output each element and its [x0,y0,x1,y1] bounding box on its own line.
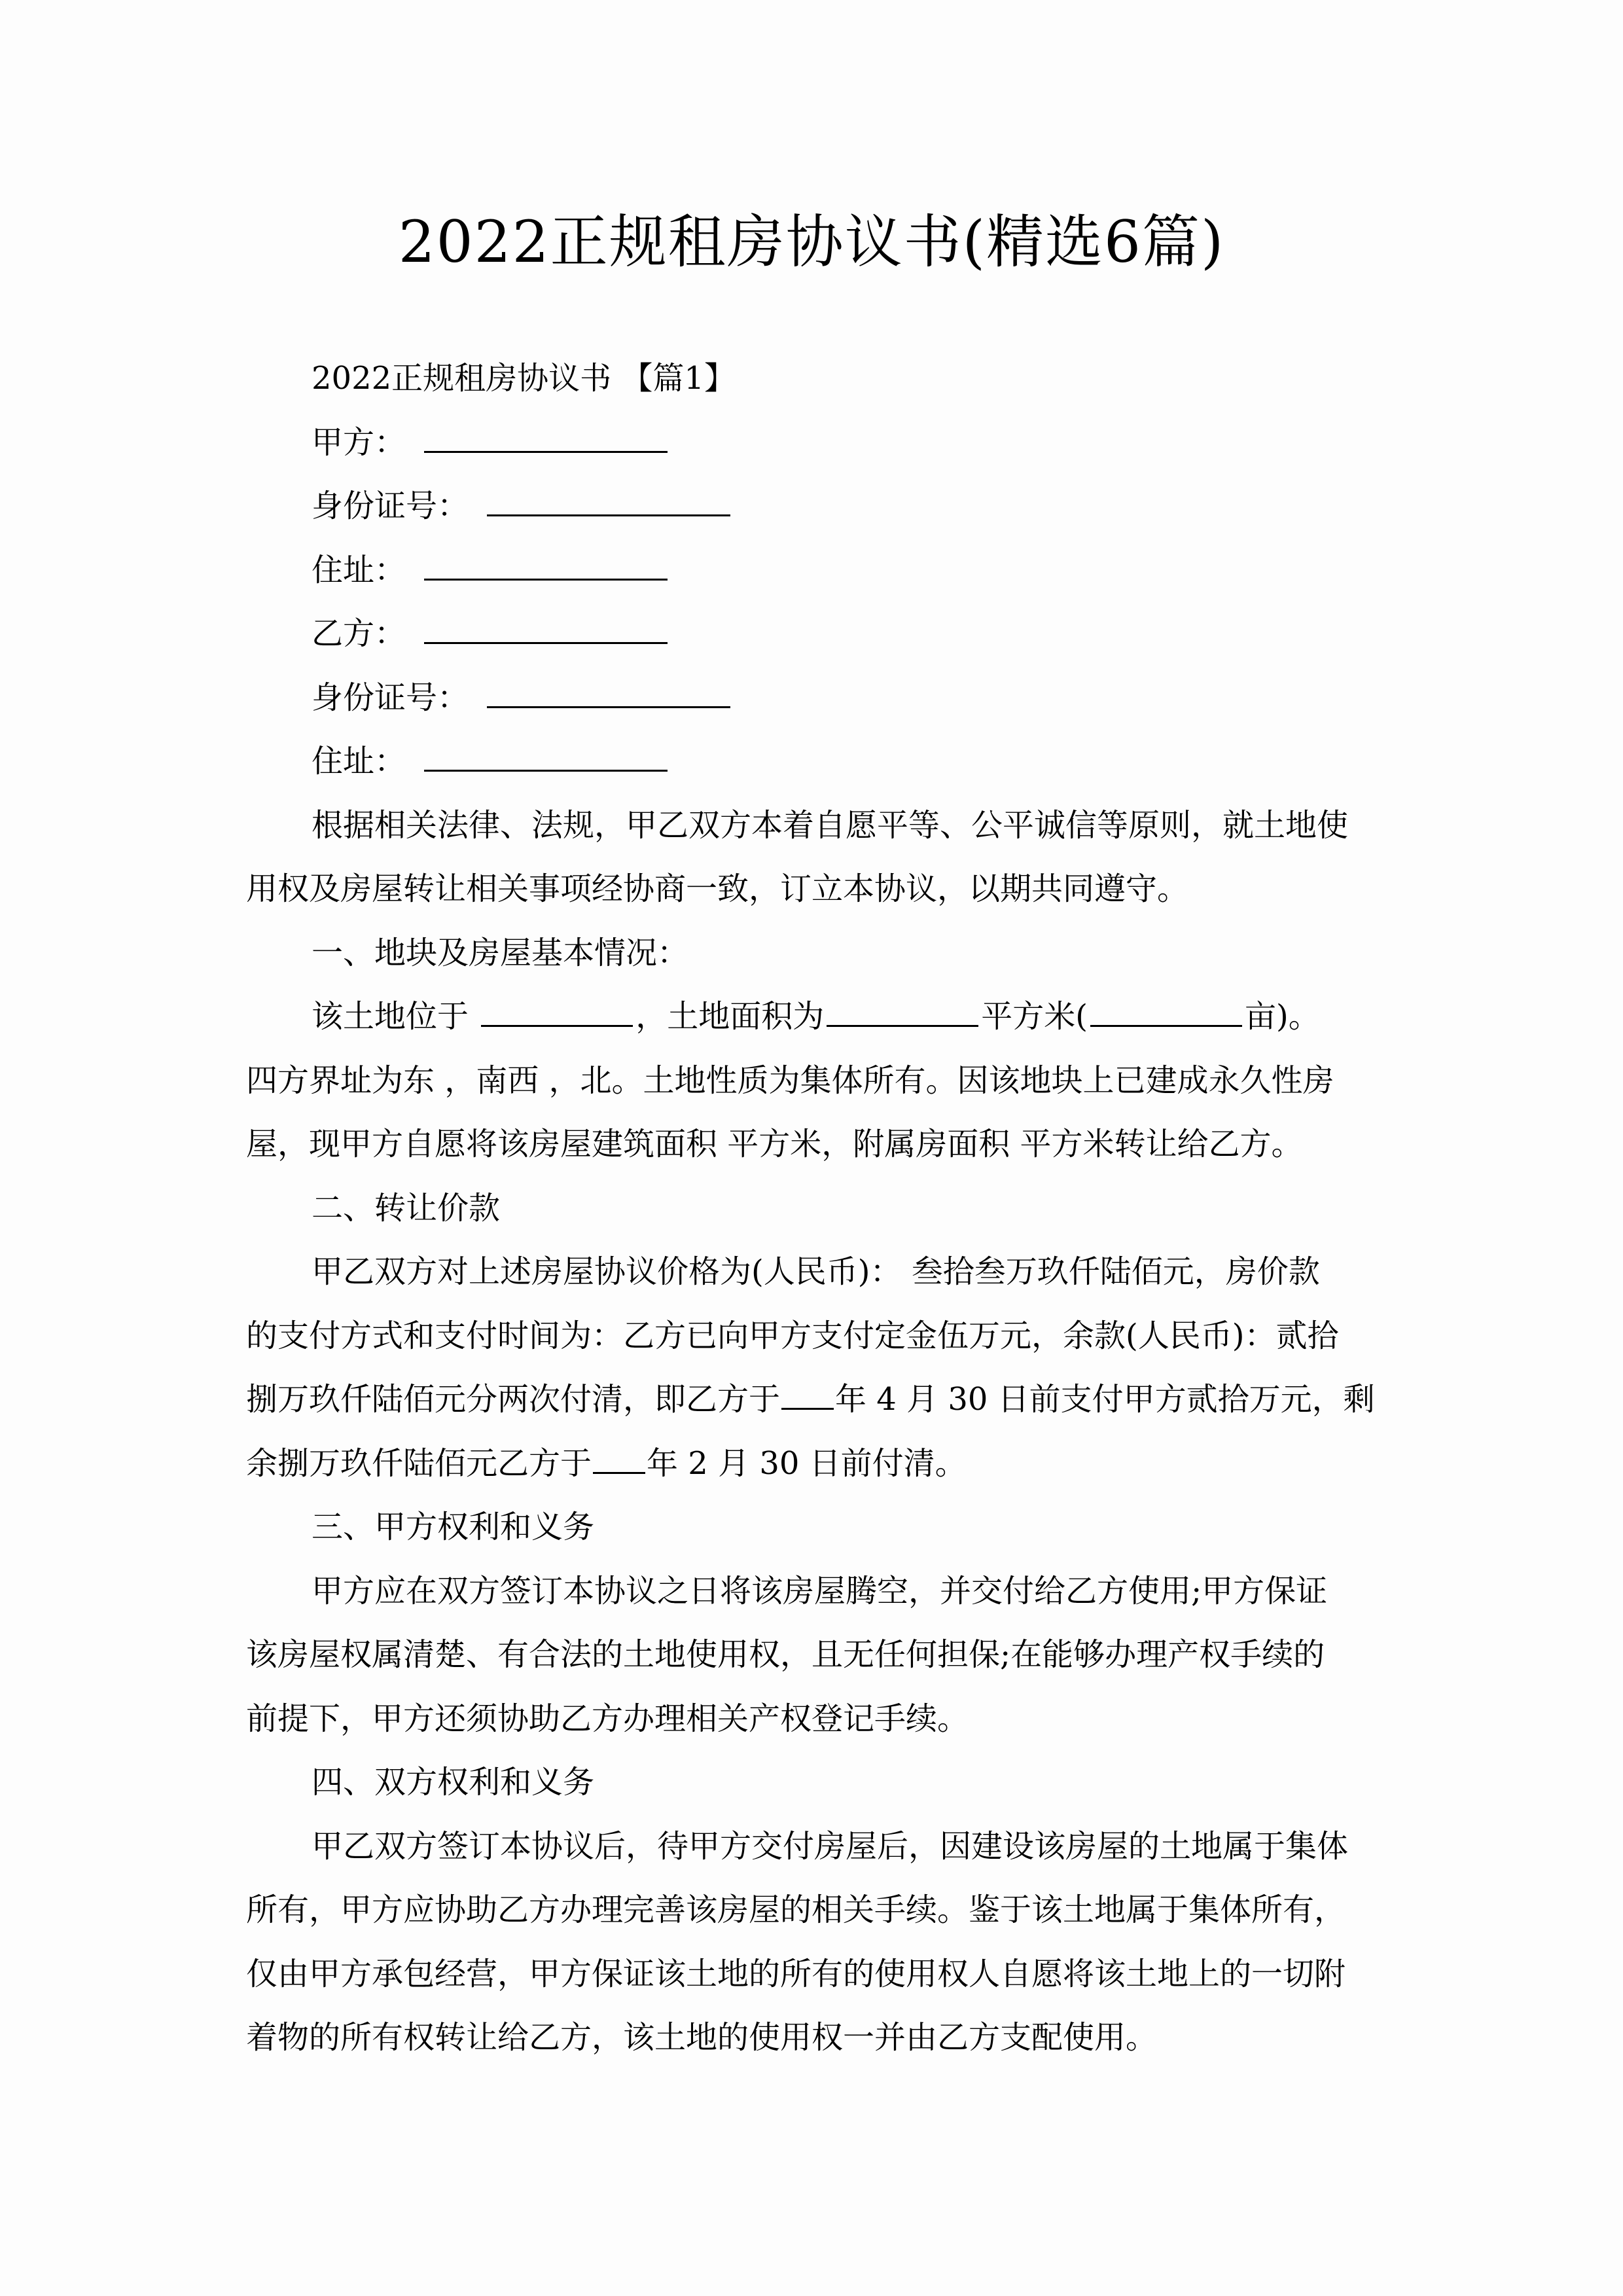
area-sqm-blank [827,996,978,1027]
clause1-text-sqm: 平方米( [981,998,1088,1035]
party-b-address-field: 住址： [246,730,1377,794]
party-a-id-blank [487,486,730,516]
clause2-line-1: 甲乙双方对上述房屋协议价格为(人民币)： 叁拾叁万玖仟陆佰元，房价款 [246,1240,1377,1304]
party-b-id-blank [487,677,730,708]
preamble-line-1: 根据相关法律、法规，甲乙双方本着自愿平等、公平诚信等原则，就土地使 [246,794,1377,858]
clause4-line-4: 着物的所有权转让给乙方，该土地的使用权一并由乙方支配使用。 [246,2006,1377,2070]
clause1-text-location: 该土地位于 [312,998,478,1035]
party-a-address-label: 住址： [312,552,406,588]
clause2-text-a: 捌万玖仟陆佰元分两次付清，即乙方于 [246,1381,780,1418]
clause1-text-area: ，土地面积为 [635,998,824,1035]
clause4-line-1: 甲乙双方签订本协议后，待甲方交付房屋后，因建设该房屋的土地属于集体 [246,1815,1377,1879]
document-title: 2022正规租房协议书(精选6篇) [0,196,1623,288]
party-a-field: 甲方： [246,411,1377,475]
clause3-line-1: 甲方应在双方签订本协议之日将该房屋腾空，并交付给乙方使用;甲方保证 [246,1560,1377,1624]
clause4-line-2: 所有，甲方应协助乙方办理完善该房屋的相关手续。鉴于该土地属于集体所有， [246,1878,1377,1943]
clause4-heading: 四、双方权利和义务 [246,1751,1377,1815]
party-a-address-blank [424,550,668,581]
section-heading: 2022正规租房协议书 【篇1】 [246,347,1377,411]
document-body: 2022正规租房协议书 【篇1】 甲方： 身份证号： 住址： 乙方： 身份证号：… [246,347,1377,2070]
location-blank [481,996,633,1027]
clause2-line-2: 的支付方式和支付时间为：乙方已向甲方支付定金伍万元，余款(人民币)：贰拾 [246,1304,1377,1369]
clause1-heading: 一、地块及房屋基本情况： [246,922,1377,986]
clause2-line-3: 捌万玖仟陆佰元分两次付清，即乙方于年 4 月 30 日前支付甲方贰拾万元，剩 [246,1368,1377,1432]
party-b-address-label: 住址： [312,743,406,780]
clause3-line-2: 该房屋权属清楚、有合法的土地使用权，且无任何担保;在能够办理产权手续的 [246,1623,1377,1687]
party-b-id-field: 身份证号： [246,666,1377,730]
clause2-line-4: 余捌万玖仟陆佰元乙方于年 2 月 30 日前付清。 [246,1432,1377,1496]
year-blank-2 [593,1443,645,1474]
clause1-text-mu: 亩)。 [1245,998,1320,1035]
party-a-blank [424,422,668,453]
clause1-line-1: 该土地位于 ，土地面积为平方米(亩)。 [246,985,1377,1049]
clause2-heading: 二、转让价款 [246,1177,1377,1241]
clause3-heading: 三、甲方权利和义务 [246,1496,1377,1560]
party-b-id-label: 身份证号： [312,679,469,716]
party-b-address-blank [424,741,668,772]
clause2-text-d: 年 2 月 30 日前付清。 [647,1445,967,1482]
party-b-blank [424,613,668,644]
area-mu-blank [1090,996,1242,1027]
party-a-label: 甲方： [312,424,406,461]
preamble-line-2: 用权及房屋转让相关事项经协商一致，订立本协议，以期共同遵守。 [246,857,1377,922]
clause2-text-b: 年 4 月 30 日前支付甲方贰拾万元，剩 [835,1381,1375,1418]
party-b-field: 乙方： [246,602,1377,666]
party-a-id-label: 身份证号： [312,488,469,524]
document-page: 2022正规租房协议书(精选6篇) 2022正规租房协议书 【篇1】 甲方： 身… [0,0,1623,2296]
party-a-address-field: 住址： [246,539,1377,603]
clause4-line-3: 仅由甲方承包经营，甲方保证该土地的所有的使用权人自愿将该土地上的一切附 [246,1943,1377,2007]
year-blank-1 [781,1379,834,1410]
clause3-line-3: 前提下，甲方还须协助乙方办理相关产权登记手续。 [246,1687,1377,1751]
party-b-label: 乙方： [312,615,406,652]
clause1-line-3: 屋，现甲方自愿将该房屋建筑面积 平方米，附属房面积 平方米转让给乙方。 [246,1113,1377,1177]
clause2-text-c: 余捌万玖仟陆佰元乙方于 [246,1445,592,1482]
party-a-id-field: 身份证号： [246,475,1377,539]
clause1-line-2: 四方界址为东 ，南西 ，北。土地性质为集体所有。因该地块上已建成永久性房 [246,1049,1377,1113]
